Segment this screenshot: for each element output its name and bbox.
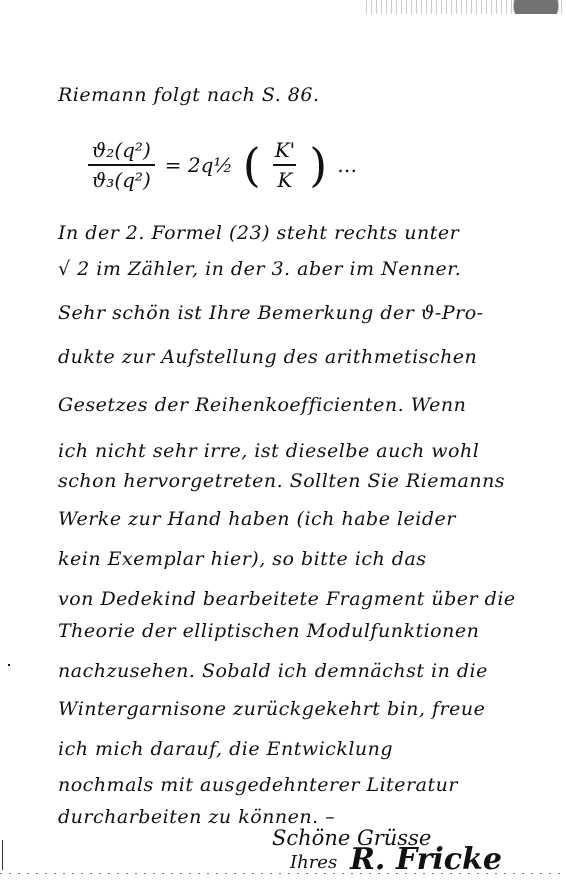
body-line: Sehr schön ist Ihre Bemerkung der ϑ-Pro- bbox=[58, 302, 484, 324]
body-line: Gesetzes der Reihenkoefficienten. Wenn bbox=[58, 394, 466, 416]
rhs-suffix: … bbox=[337, 153, 357, 177]
rhs-denominator: K bbox=[273, 164, 296, 192]
body-line: von Dedekind bearbeitete Fragment über d… bbox=[58, 588, 516, 610]
lhs-denominator: ϑ₃(q²) bbox=[88, 164, 155, 192]
body-line: Theorie der elliptischen Modulfunktionen bbox=[58, 620, 479, 642]
body-line: Wintergarnisone zurückgekehrt bin, freue bbox=[58, 698, 485, 720]
close-paren: ) bbox=[309, 142, 327, 188]
body-line: nachzusehen. Sobald ich demnächst in die bbox=[58, 660, 488, 682]
body-line: Werke zur Hand haben (ich habe leider bbox=[58, 508, 456, 530]
scan-artifact bbox=[366, 0, 566, 14]
closing-valediction: Ihres bbox=[290, 852, 337, 873]
scan-edge-mark bbox=[2, 840, 3, 870]
letter-page: Riemann folgt nach S. 86. ϑ₂(q²) ϑ₃(q²) … bbox=[0, 0, 566, 880]
open-paren: ( bbox=[243, 142, 261, 188]
theta-formula: ϑ₂(q²) ϑ₃(q²) = 2q½ ( K' K ) … bbox=[88, 138, 357, 192]
body-line: ich mich darauf, die Entwicklung bbox=[58, 738, 393, 760]
rhs-numerator: K' bbox=[271, 138, 299, 164]
body-line: kein Exemplar hier), so bitte ich das bbox=[58, 548, 427, 570]
lhs-numerator: ϑ₂(q²) bbox=[88, 138, 155, 164]
body-line: dukte zur Aufstellung des arithmetischen bbox=[58, 346, 477, 368]
margin-mark bbox=[8, 664, 10, 666]
body-line: nochmals mit ausgedehnterer Literatur bbox=[58, 774, 458, 796]
lhs-fraction: ϑ₂(q²) ϑ₃(q²) bbox=[88, 138, 155, 192]
scan-bottom-edge bbox=[0, 873, 566, 874]
signature: R. Fricke bbox=[350, 842, 502, 877]
header-line: Riemann folgt nach S. 86. bbox=[58, 84, 320, 106]
body-line: schon hervorgetreten. Sollten Sie Rieman… bbox=[58, 470, 505, 492]
body-line: durcharbeiten zu können. – bbox=[58, 806, 335, 828]
body-line: In der 2. Formel (23) steht rechts unter bbox=[58, 222, 459, 244]
rhs-fraction: K' K bbox=[271, 138, 299, 192]
body-line: √ 2 im Zähler, in der 3. aber im Nenner. bbox=[58, 258, 461, 280]
rhs-prefix: = 2q½ bbox=[165, 153, 233, 177]
body-line: ich nicht sehr irre, ist dieselbe auch w… bbox=[58, 440, 479, 462]
